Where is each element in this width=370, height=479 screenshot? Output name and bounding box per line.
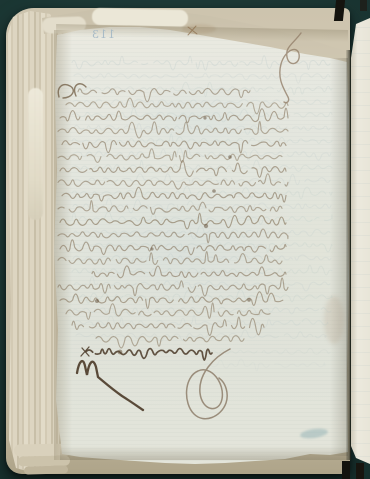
faint-bleed-line bbox=[74, 174, 330, 187]
faint-bleed-line bbox=[74, 73, 330, 83]
bleedthrough-text-line bbox=[60, 292, 288, 309]
faint-bleed-line bbox=[73, 254, 331, 264]
bleedthrough-text-line bbox=[72, 317, 264, 335]
faint-bleed-line bbox=[205, 359, 325, 371]
bleedthrough-text-line bbox=[60, 161, 286, 178]
facing-page-edge bbox=[351, 14, 370, 464]
bleedthrough-text-line bbox=[86, 349, 212, 360]
faint-bleed-line bbox=[73, 147, 331, 161]
bleedthrough-text-line bbox=[60, 240, 286, 255]
bleedthrough-text-line bbox=[58, 174, 288, 189]
faint-bleed-line bbox=[74, 315, 328, 328]
ink-blot bbox=[95, 299, 99, 303]
binding-strap-bottom bbox=[356, 463, 364, 479]
ink-blot bbox=[118, 350, 123, 355]
faint-bleed-line bbox=[72, 241, 332, 252]
faint-bleed-line bbox=[72, 160, 332, 171]
ink-blot bbox=[203, 116, 206, 119]
signature-rubric-loops bbox=[187, 349, 230, 419]
gutter-shadow bbox=[346, 50, 351, 460]
faint-bleed-line bbox=[200, 348, 330, 354]
signature-cross-mark bbox=[81, 347, 89, 356]
binding-strap-top bbox=[360, 0, 367, 11]
faint-bleed-line bbox=[74, 123, 330, 134]
manuscript-photo: 113 bbox=[0, 0, 370, 479]
top-cross-mark bbox=[188, 26, 197, 35]
ink-blot bbox=[228, 155, 232, 159]
marginal-pen-stroke bbox=[77, 361, 143, 410]
bleedthrough-text-line bbox=[62, 187, 286, 202]
ink-blot bbox=[204, 224, 208, 228]
ink-blot bbox=[150, 247, 153, 250]
faint-bleed-line bbox=[76, 330, 326, 341]
bleedthrough-text-line bbox=[58, 122, 288, 138]
faint-bleed-line bbox=[72, 108, 332, 122]
ink-blot bbox=[247, 298, 251, 302]
binding-strap-bottom bbox=[342, 461, 350, 479]
faint-bleed-line bbox=[73, 198, 331, 213]
bleedthrough-text-line bbox=[92, 266, 286, 278]
ink-overlay bbox=[0, 0, 370, 479]
ink-blot bbox=[212, 189, 216, 193]
top-right-flourish bbox=[280, 33, 301, 103]
bleedthrough-text-line bbox=[60, 213, 286, 229]
